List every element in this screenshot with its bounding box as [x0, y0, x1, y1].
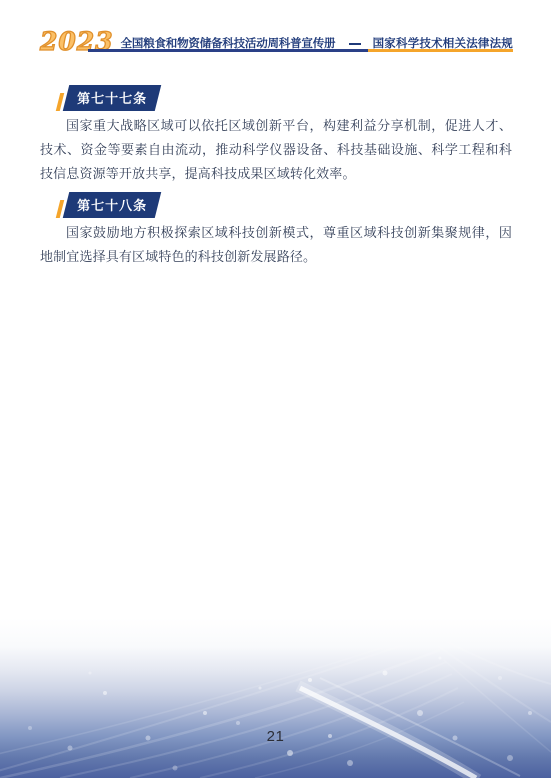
article-77-text: 国家重大战略区域可以依托区域创新平台，构建利益分享机制，促进人才、技术、资金等要… [40, 114, 512, 186]
article-77: 第七十七条 国家重大战略区域可以依托区域创新平台，构建利益分享机制，促进人才、技… [40, 85, 512, 186]
article-77-label: 第七十七条 [77, 88, 147, 107]
article-78-text: 国家鼓励地方积极探索区域科技创新模式，尊重区域科技创新集聚规律，因地制宜选择具有… [40, 221, 512, 269]
article-77-badge: 第七十七条 [63, 85, 161, 111]
underline-blue-segment [88, 49, 368, 52]
underline-orange-segment [368, 49, 513, 52]
article-78-badge: 第七十八条 [63, 192, 161, 218]
wave-lines-art [0, 618, 551, 778]
document-body: 第七十七条 国家重大战略区域可以依托区域创新平台，构建利益分享机制，促进人才、技… [40, 85, 512, 269]
header-underline [88, 49, 513, 52]
footer-wave-graphic [0, 618, 551, 778]
article-78: 第七十八条 国家鼓励地方积极探索区域科技创新模式，尊重区域科技创新集聚规律，因地… [40, 192, 512, 269]
header-dash-rule [349, 43, 360, 45]
article-78-label: 第七十八条 [77, 195, 147, 214]
page-number: 21 [0, 728, 551, 745]
